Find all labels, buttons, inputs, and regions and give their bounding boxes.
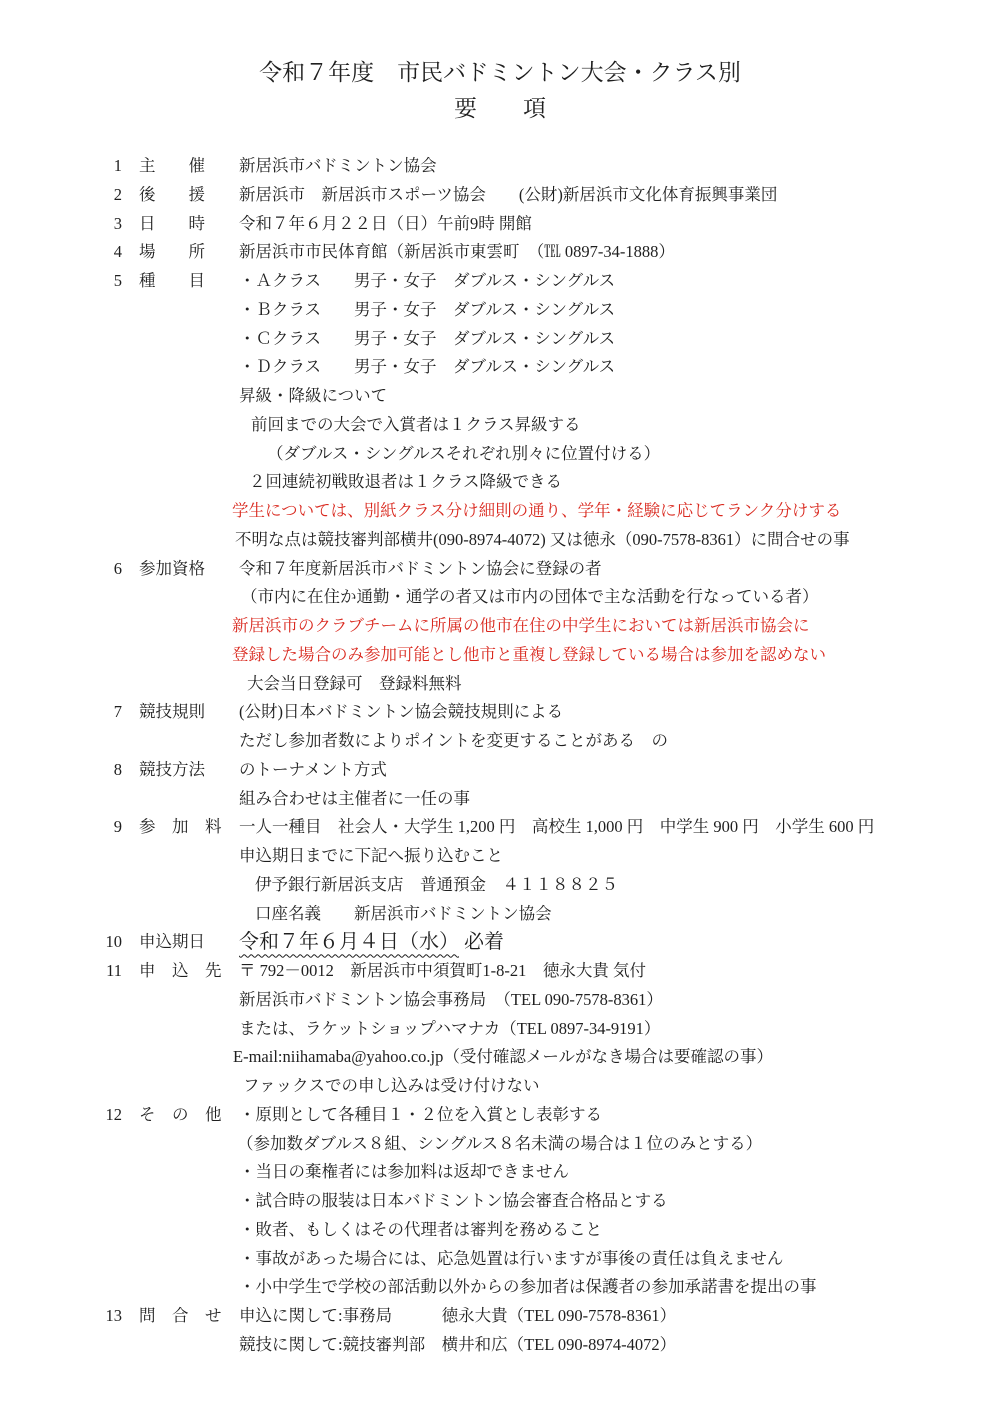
item-row: 8競技方法のトーナメント方式組み合わせは主催者に一任の事 xyxy=(0,756,1000,814)
item-label: 問 合 せ xyxy=(139,1302,239,1331)
item-line: 新居浜市市民体育館（新居浜市東雲町 （℡ 0897-34-1888） xyxy=(239,238,1000,267)
item-label: 主 催 xyxy=(139,152,239,181)
item-line: ・Ａクラス 男子・女子 ダブルス・シングルス xyxy=(239,267,1000,296)
item-line: ・原則として各種目１・２位を入賞とし表彰する xyxy=(239,1101,1000,1130)
item-line: 口座名義 新居浜市バドミントン協会 xyxy=(255,900,1000,929)
item-line: （市内に在住か通勤・通学の者又は市内の団体で主な活動を行なっている者） xyxy=(241,583,1000,612)
item-line: （ダブルス・シングルスそれぞれ別々に位置付ける） xyxy=(267,440,1000,469)
item-content: 〒 792－0012 新居浜市中須賀町1-8-21 徳永大貴 気付新居浜市バドミ… xyxy=(239,957,1000,1101)
item-line: ・当日の棄権者には参加料は返却できません xyxy=(239,1158,1000,1187)
item-line: ・Ｄクラス 男子・女子 ダブルス・シングルス xyxy=(239,353,1000,382)
item-line: (公財)日本バドミントン協会競技規則による xyxy=(239,698,1000,727)
item-line: 〒 792－0012 新居浜市中須賀町1-8-21 徳永大貴 気付 xyxy=(239,957,1000,986)
item-line: 申込期日までに下記へ振り込むこと xyxy=(239,842,1000,871)
item-number: 11 xyxy=(100,957,122,986)
item-line: 新居浜市バドミントン協会 xyxy=(239,152,1000,181)
item-content: 令和７年度新居浜市バドミントン協会に登録の者（市内に在住か通勤・通学の者又は市内… xyxy=(239,555,1000,699)
item-row: 5種 目・Ａクラス 男子・女子 ダブルス・シングルス・Ｂクラス 男子・女子 ダブ… xyxy=(0,267,1000,555)
deadline-underlined-text: 令和７年６月４日（水） xyxy=(239,931,459,953)
item-number: 2 xyxy=(100,181,122,210)
item-label: 申 込 先 xyxy=(139,957,239,986)
item-line: 令和７年６月４日（水） 必着 xyxy=(239,928,1000,957)
item-row: 9参 加 料一人一種目 社会人・大学生 1,200 円 高校生 1,000 円 … xyxy=(0,813,1000,928)
item-number: 12 xyxy=(100,1101,122,1130)
item-line: 不明な点は競技審判部横井(090-8974-4072) 又は徳永（090-757… xyxy=(235,526,1000,555)
item-label: そ の 他 xyxy=(139,1101,239,1130)
item-number: 5 xyxy=(100,267,122,296)
item-label: 後 援 xyxy=(139,181,239,210)
item-label: 申込期日 xyxy=(139,928,239,957)
item-number: 3 xyxy=(100,210,122,239)
item-line: ２回連続初戦敗退者は１クラス降級できる xyxy=(249,468,1000,497)
item-row: 4場 所新居浜市市民体育館（新居浜市東雲町 （℡ 0897-34-1888） xyxy=(0,238,1000,267)
item-row: 3日 時令和７年６月２２日（日）午前9時 開館 xyxy=(0,210,1000,239)
item-line: （参加数ダブルス８組、シングルス８名未満の場合は１位のみとする） xyxy=(237,1130,1000,1159)
item-content: 一人一種目 社会人・大学生 1,200 円 高校生 1,000 円 中学生 90… xyxy=(239,813,1000,928)
item-line: のトーナメント方式 xyxy=(239,756,1000,785)
item-line: ファックスでの申し込みは受け付けない xyxy=(243,1072,1000,1101)
item-content: 令和７年６月２２日（日）午前9時 開館 xyxy=(239,210,1000,239)
item-row: 10申込期日令和７年６月４日（水） 必着 xyxy=(0,928,1000,957)
item-line: 前回までの大会で入賞者は１クラス昇級する xyxy=(251,411,1000,440)
item-line: ・小中学生で学校の部活動以外からの参加者は保護者の参加承諾書を提出の事 xyxy=(239,1273,1000,1302)
item-label: 参 加 料 xyxy=(139,813,239,842)
item-row: 7競技規則(公財)日本バドミントン協会競技規則によるただし参加者数によりポイント… xyxy=(0,698,1000,756)
deadline-rest-text: 必着 xyxy=(459,931,504,953)
document-page: 令和７年度 市民バドミントン大会・クラス別 要 項 1主 催新居浜市バドミントン… xyxy=(0,0,1000,1415)
item-content: 申込に関して:事務局 徳永大貴（TEL 090-7578-8361）競技に関して… xyxy=(239,1302,1000,1360)
item-number: 7 xyxy=(100,698,122,727)
item-number: 4 xyxy=(100,238,122,267)
item-label: 日 時 xyxy=(139,210,239,239)
item-row: 13問 合 せ申込に関して:事務局 徳永大貴（TEL 090-7578-8361… xyxy=(0,1302,1000,1360)
item-number: 8 xyxy=(100,756,122,785)
item-line: 申込に関して:事務局 徳永大貴（TEL 090-7578-8361） xyxy=(239,1302,1000,1331)
red-note-line: 登録した場合のみ参加可能とし他市と重複し登録している場合は参加を認めない xyxy=(232,641,1000,670)
item-line: ・Ｃクラス 男子・女子 ダブルス・シングルス xyxy=(239,325,1000,354)
item-line: 伊予銀行新居浜支店 普通預金 ４１１８８２５ xyxy=(255,871,1000,900)
item-line: ただし参加者数によりポイントを変更することがある の xyxy=(239,727,1000,756)
item-line: 新居浜市 新居浜市スポーツ協会 (公財)新居浜市文化体育振興事業団 xyxy=(239,181,1000,210)
item-row: 12そ の 他・原則として各種目１・２位を入賞とし表彰する（参加数ダブルス８組、… xyxy=(0,1101,1000,1302)
item-row: 6参加資格令和７年度新居浜市バドミントン協会に登録の者（市内に在住か通勤・通学の… xyxy=(0,555,1000,699)
item-line: E-mail:niihamaba@yahoo.co.jp（受付確認メールがなき場… xyxy=(233,1043,1000,1072)
item-row: 2後 援新居浜市 新居浜市スポーツ協会 (公財)新居浜市文化体育振興事業団 xyxy=(0,181,1000,210)
item-line: ・Ｂクラス 男子・女子 ダブルス・シングルス xyxy=(239,296,1000,325)
item-label: 参加資格 xyxy=(139,555,239,584)
item-line: または、ラケットショップハマナカ（TEL 0897-34-9191） xyxy=(239,1015,1000,1044)
item-line: ・敗者、もしくはその代理者は審判を務めること xyxy=(239,1216,1000,1245)
item-number: 6 xyxy=(100,555,122,584)
item-content: 新居浜市バドミントン協会 xyxy=(239,152,1000,181)
items-container: 1主 催新居浜市バドミントン協会2後 援新居浜市 新居浜市スポーツ協会 (公財)… xyxy=(0,152,1000,1360)
item-line: 令和７年６月２２日（日）午前9時 開館 xyxy=(239,210,1000,239)
item-label: 競技方法 xyxy=(139,756,239,785)
item-content: のトーナメント方式組み合わせは主催者に一任の事 xyxy=(239,756,1000,814)
item-label: 競技規則 xyxy=(139,698,239,727)
item-line: 昇級・降級について xyxy=(239,382,1000,411)
item-line: 競技に関して:競技審判部 横井和広（TEL 090-8974-4072） xyxy=(239,1331,1000,1360)
item-label: 種 目 xyxy=(139,267,239,296)
item-content: 令和７年６月４日（水） 必着 xyxy=(239,928,1000,957)
item-content: 新居浜市市民体育館（新居浜市東雲町 （℡ 0897-34-1888） xyxy=(239,238,1000,267)
item-line: 組み合わせは主催者に一任の事 xyxy=(239,785,1000,814)
item-number: 13 xyxy=(100,1302,122,1331)
item-line: 新居浜市バドミントン協会事務局 （TEL 090-7578-8361） xyxy=(239,986,1000,1015)
document-subtitle: 要 項 xyxy=(0,90,1000,128)
red-note-line: 学生については、別紙クラス分け細則の通り、学年・経験に応じてランク分けする xyxy=(232,497,1000,526)
item-line: ・事故があった場合には、応急処置は行いますが事後の責任は負えません xyxy=(239,1245,1000,1274)
item-number: 10 xyxy=(100,928,122,957)
item-content: ・原則として各種目１・２位を入賞とし表彰する（参加数ダブルス８組、シングルス８名… xyxy=(239,1101,1000,1302)
red-note-line: 新居浜市のクラブチームに所属の他市在住の中学生においては新居浜市協会に xyxy=(232,612,1000,641)
item-line: ・試合時の服装は日本バドミントン協会審査合格品とする xyxy=(239,1187,1000,1216)
item-content: (公財)日本バドミントン協会競技規則によるただし参加者数によりポイントを変更する… xyxy=(239,698,1000,756)
item-line: 一人一種目 社会人・大学生 1,200 円 高校生 1,000 円 中学生 90… xyxy=(239,813,1000,842)
item-label: 場 所 xyxy=(139,238,239,267)
item-content: ・Ａクラス 男子・女子 ダブルス・シングルス・Ｂクラス 男子・女子 ダブルス・シ… xyxy=(239,267,1000,555)
item-content: 新居浜市 新居浜市スポーツ協会 (公財)新居浜市文化体育振興事業団 xyxy=(239,181,1000,210)
item-row: 1主 催新居浜市バドミントン協会 xyxy=(0,152,1000,181)
item-line: 令和７年度新居浜市バドミントン協会に登録の者 xyxy=(239,555,1000,584)
item-row: 11申 込 先〒 792－0012 新居浜市中須賀町1-8-21 徳永大貴 気付… xyxy=(0,957,1000,1101)
document-title: 令和７年度 市民バドミントン大会・クラス別 xyxy=(0,0,1000,90)
item-line: 大会当日登録可 登録料無料 xyxy=(247,670,1000,699)
item-number: 9 xyxy=(100,813,122,842)
item-number: 1 xyxy=(100,152,122,181)
